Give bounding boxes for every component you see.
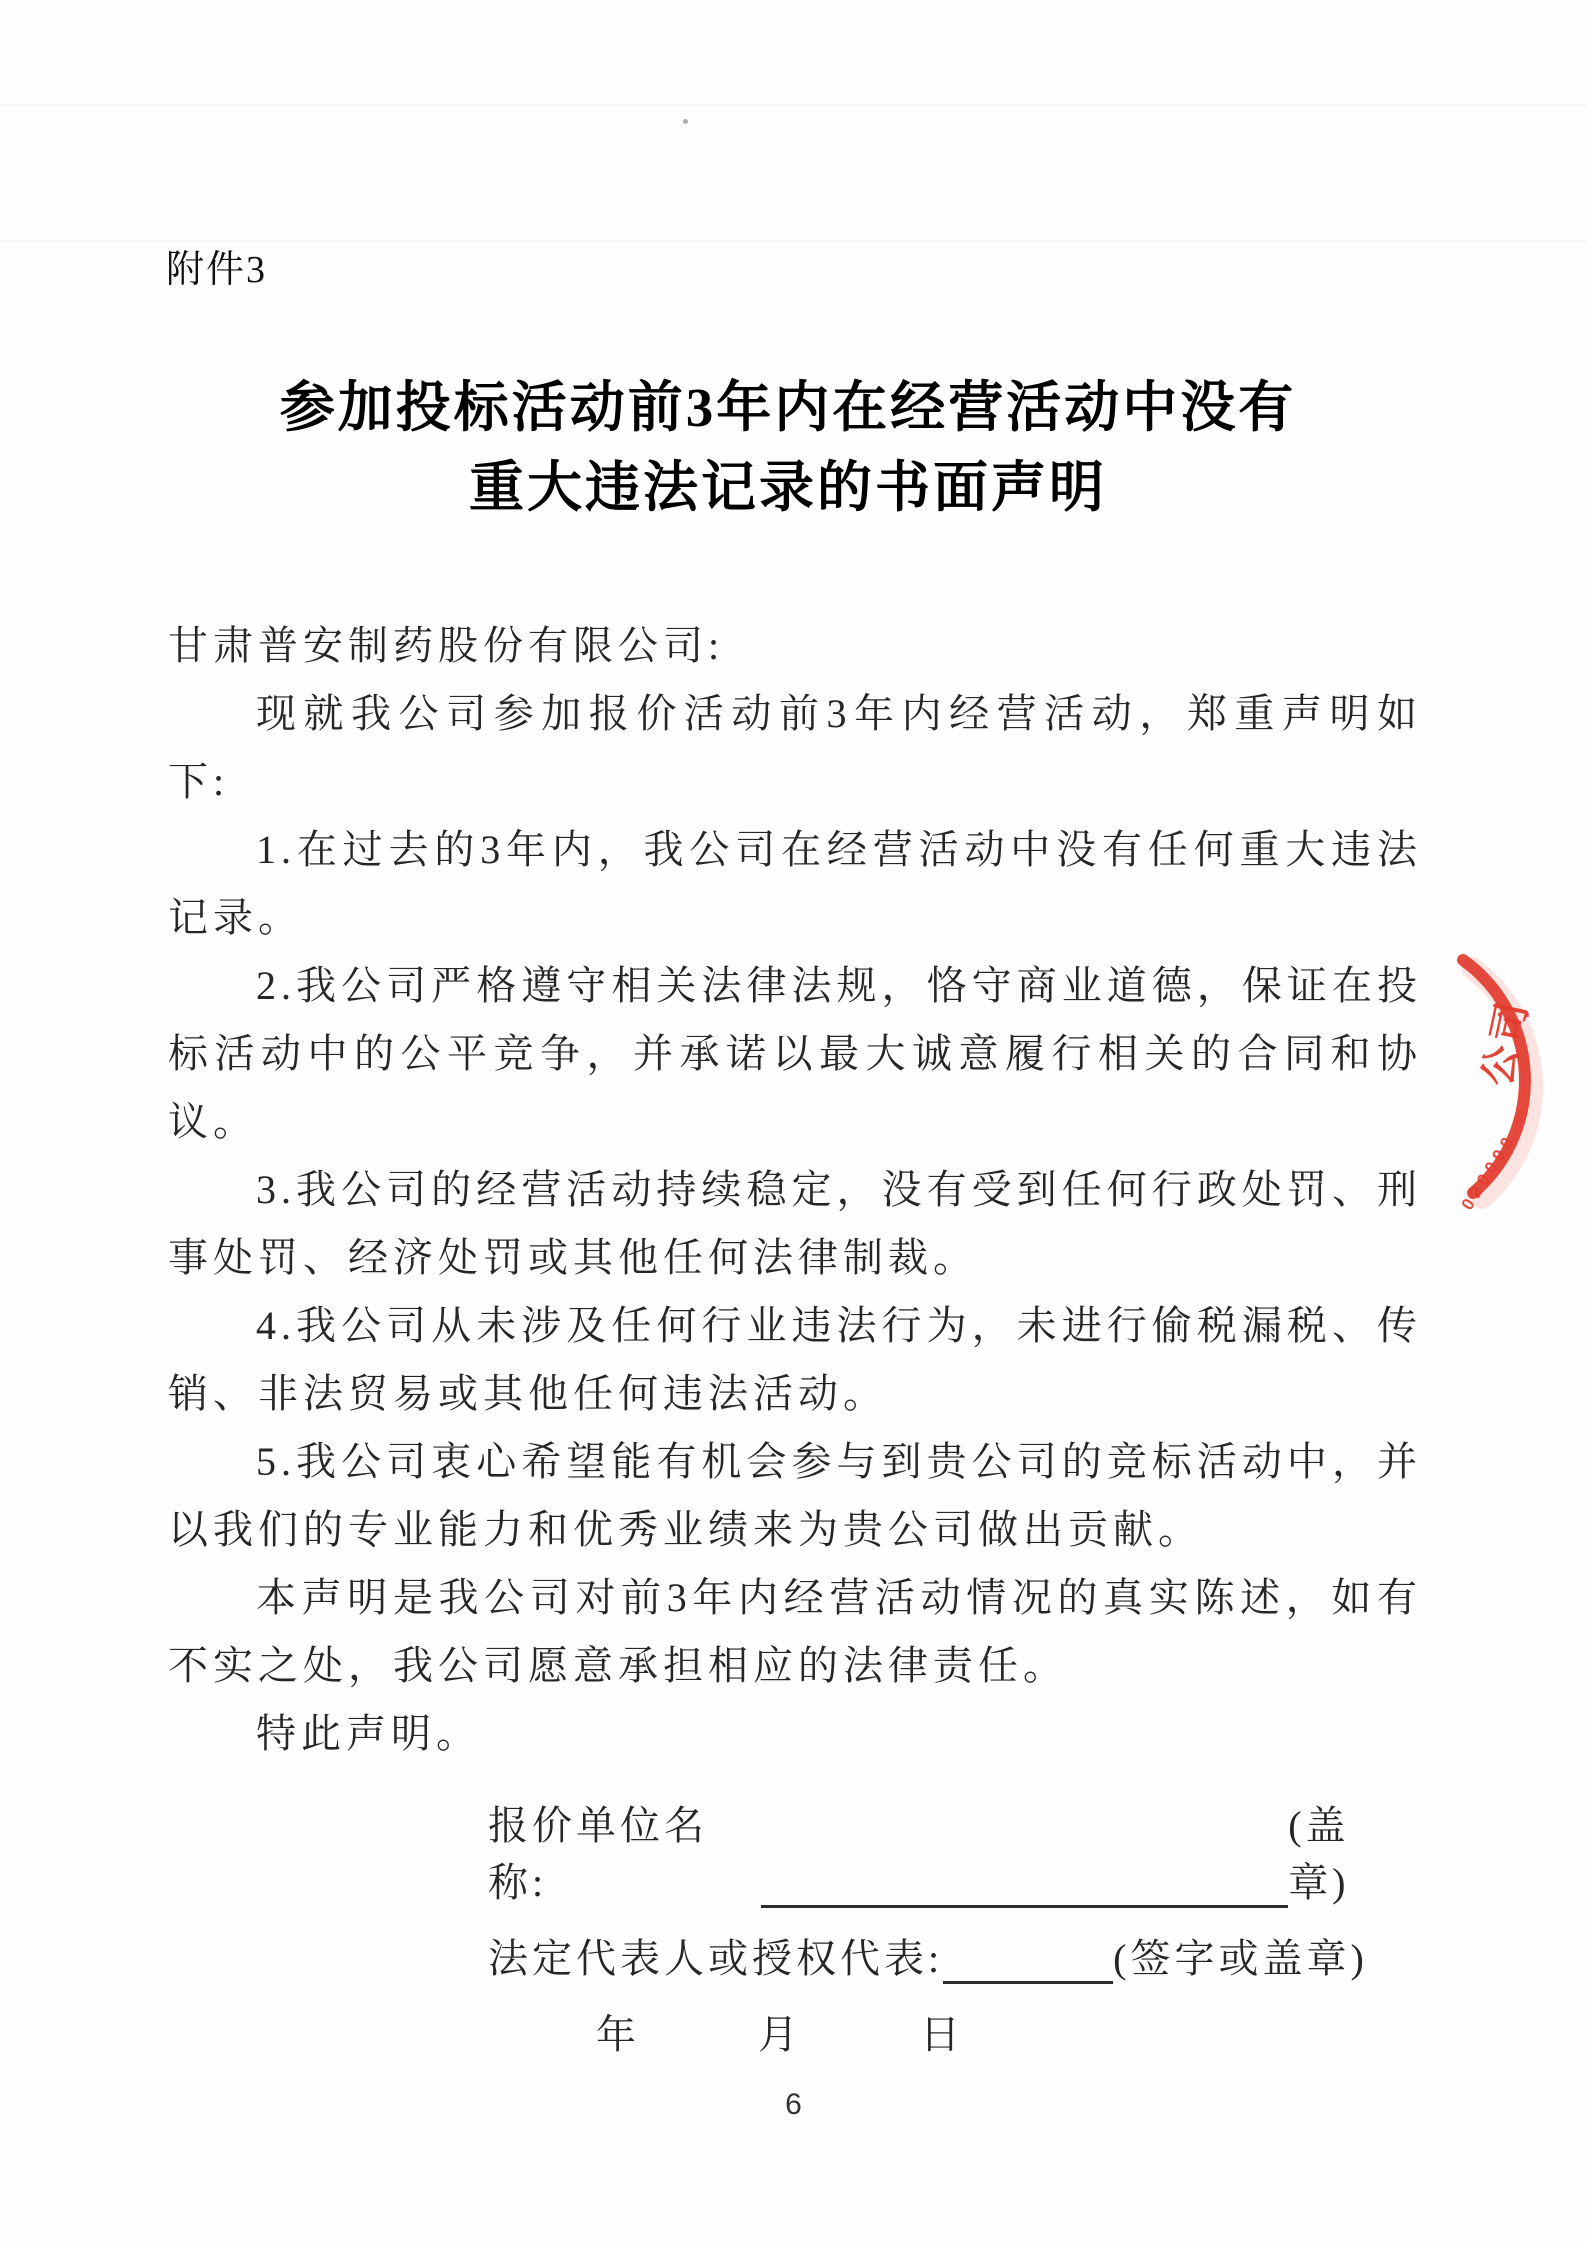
body-paragraph: 4.我公司从未涉及任何行业违法行为，未进行偷税漏税、传销、非法贸易或其他任何违法… (168, 1292, 1422, 1428)
company-seal-partial: 公司 020099 (1424, 928, 1587, 1263)
date-month-label: 月 (758, 2003, 802, 2060)
body-paragraph: 1.在过去的3年内，我公司在经营活动中没有任何重大违法记录。 (168, 816, 1422, 952)
signature-unit-row: 报价单位名称: (盖章) (488, 1832, 1408, 1908)
body-paragraph: 现就我公司参加报价活动前3年内经营活动，郑重声明如下: (168, 680, 1422, 816)
salutation: 甘肃普安制药股份有限公司: (168, 612, 1422, 680)
document-title-line2: 重大违法记录的书面声明 (168, 448, 1408, 528)
document-body: 甘肃普安制药股份有限公司: 现就我公司参加报价活动前3年内经营活动，郑重声明如下… (168, 612, 1422, 1768)
body-paragraph: 2.我公司严格遵守相关法律法规，恪守商业道德，保证在投标活动中的公平竞争，并承诺… (168, 952, 1422, 1156)
unit-name-blank-line (761, 1859, 1289, 1908)
unit-seal-suffix: (盖章) (1288, 1794, 1408, 1908)
seal-digits: 020099 (1458, 1130, 1520, 1214)
date-day-label: 日 (920, 2003, 964, 2060)
body-paragraph: 3.我公司的经营活动持续稳定，没有受到任何行政处罚、刑事处罚、经济处罚或其他任何… (168, 1156, 1422, 1292)
scan-artifact-line (0, 104, 1587, 106)
body-paragraph: 本声明是我公司对前3年内经营活动情况的真实陈述，如有不实之处，我公司愿意承担相应… (168, 1564, 1422, 1700)
signature-date-row: 年 月 日 (596, 1984, 1408, 2060)
document-title-line1: 参加投标活动前3年内在经营活动中没有 (168, 368, 1408, 448)
seal-smudge (1472, 968, 1532, 1198)
representative-label: 法定代表人或授权代表: (488, 1927, 943, 1984)
unit-name-label: 报价单位名称: (488, 1794, 761, 1908)
signature-rep-row: 法定代表人或授权代表: (签字或盖章) (488, 1908, 1408, 1984)
paragraph-list: 现就我公司参加报价活动前3年内经营活动，郑重声明如下:1.在过去的3年内，我公司… (168, 680, 1422, 1768)
representative-blank-line (943, 1935, 1113, 1984)
seal-text: 公司 (1474, 994, 1536, 1089)
date-year-label: 年 (596, 2003, 640, 2060)
body-paragraph: 5.我公司衷心希望能有机会参与到贵公司的竞标活动中，并以我们的专业能力和优秀业绩… (168, 1428, 1422, 1564)
seal-arc (1463, 960, 1525, 1193)
scan-speck (683, 119, 688, 124)
signature-block: 报价单位名称: (盖章) 法定代表人或授权代表: (签字或盖章) 年 月 日 (488, 1832, 1408, 2060)
body-paragraph: 特此声明。 (168, 1700, 1422, 1768)
attachment-label: 附件3 (166, 238, 267, 293)
document-title: 参加投标活动前3年内在经营活动中没有 重大违法记录的书面声明 (168, 368, 1408, 528)
representative-suffix: (签字或盖章) (1113, 1927, 1368, 1984)
page-number: 6 (0, 2088, 1587, 2122)
document-page: 附件3 参加投标活动前3年内在经营活动中没有 重大违法记录的书面声明 甘肃普安制… (0, 0, 1587, 2243)
